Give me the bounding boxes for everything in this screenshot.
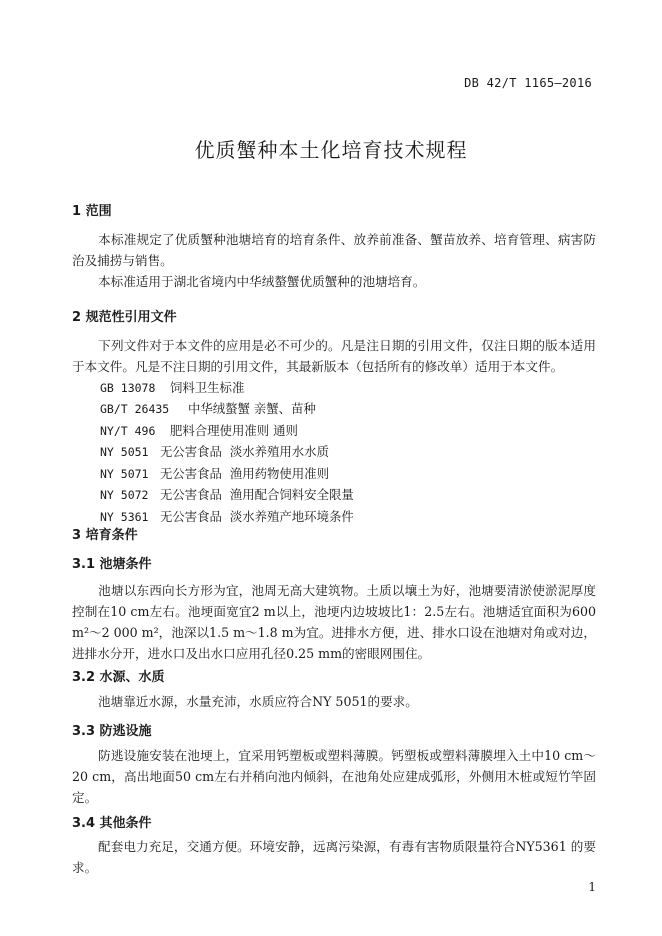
other-conditions-text: 配套电力充足，交通方便。环境安静，远离污染源，有毒有害物质限量符合NY5361 … [72,839,596,875]
subsection-heading-other-conditions: 3.4 其他条件 [72,812,152,831]
reference-item: NY/T 496肥料合理使用准则 通则 [100,420,298,443]
section-heading-cultivation-conditions: 3 培育条件 [72,524,138,543]
reference-name: 无公害食品 渔用配合饲料安全限量 [160,487,354,502]
section-heading-scope: 1 范围 [72,200,112,219]
reference-code: NY/T 496 [100,421,170,443]
reference-item: GB/T 26435中华绒螯蟹 亲蟹、苗种 [100,398,316,421]
pond-conditions-text: 池塘以东西向长方形为宜，池周无高大建筑物。土质以壤土为好，池塘要清淤使淤泥厚度控… [72,583,596,661]
reference-code: GB/T 26435 [100,399,188,421]
page-number: 1 [588,880,596,894]
subsection-heading-pond-conditions: 3.1 池塘条件 [72,553,152,572]
reference-name: 饲料卫生标准 [170,380,244,395]
references-intro-paragraph: 下列文件对于本文件的应用是必不可少的。凡是注日期的引用文件，仅注日期的版本适用于… [72,335,596,377]
reference-code: GB 13078 [100,378,170,400]
reference-name: 中华绒螯蟹 亲蟹、苗种 [188,401,316,416]
reference-item: NY 5361无公害食品 淡水养殖产地环境条件 [100,506,354,529]
scope-paragraph-1-text: 本标准规定了优质蟹种池塘培育的培育条件、放养前准备、蟹苗放养、培育管理、病害防治… [72,232,596,268]
reference-code: NY 5071 [100,464,160,486]
reference-name: 无公害食品 渔用药物使用准则 [160,466,329,481]
reference-item: NY 5051无公害食品 淡水养殖用水水质 [100,441,329,464]
references-intro-text: 下列文件对于本文件的应用是必不可少的。凡是注日期的引用文件，仅注日期的版本适用于… [72,338,596,374]
scope-paragraph-1: 本标准规定了优质蟹种池塘培育的培育条件、放养前准备、蟹苗放养、培育管理、病害防治… [72,229,596,271]
section-heading-normative-references: 2 规范性引用文件 [72,306,177,325]
water-source-paragraph: 池塘靠近水源，水量充沛，水质应符合NY 5051的要求。 [72,691,596,712]
escape-prevention-text: 防逃设施安装在池埂上，宜采用钙塑板或塑料薄膜。钙塑板或塑料薄膜埋入土中10 cm… [72,748,596,805]
reference-item: NY 5072无公害食品 渔用配合饲料安全限量 [100,484,354,507]
pond-conditions-paragraph: 池塘以东西向长方形为宜，池周无高大建筑物。土质以壤土为好，池塘要清淤使淤泥厚度控… [72,580,596,664]
reference-name: 无公害食品 淡水养殖用水水质 [160,444,329,459]
reference-item: NY 5071无公害食品 渔用药物使用准则 [100,463,329,486]
reference-code: NY 5051 [100,442,160,464]
scope-paragraph-2-text: 本标准适用于湖北省境内中华绒螯蟹优质蟹种的池塘培育。 [98,274,425,289]
standard-number: DB 42/T 1165—2016 [464,76,592,90]
subsection-heading-water-source: 3.2 水源、水质 [72,666,165,685]
water-source-text: 池塘靠近水源，水量充沛，水质应符合NY 5051的要求。 [98,694,418,709]
scope-paragraph-2: 本标准适用于湖北省境内中华绒螯蟹优质蟹种的池塘培育。 [72,271,596,292]
reference-code: NY 5072 [100,485,160,507]
reference-name: 肥料合理使用准则 通则 [170,423,298,438]
subsection-heading-escape-prevention: 3.3 防逃设施 [72,720,152,739]
document-title: 优质蟹种本土化培育技术规程 [0,134,662,163]
escape-prevention-paragraph: 防逃设施安装在池埂上，宜采用钙塑板或塑料薄膜。钙塑板或塑料薄膜埋入土中10 cm… [72,745,596,808]
reference-name: 无公害食品 淡水养殖产地环境条件 [160,509,354,524]
reference-item: GB 13078饲料卫生标准 [100,377,244,400]
other-conditions-paragraph: 配套电力充足，交通方便。环境安静，远离污染源，有毒有害物质限量符合NY5361 … [72,836,596,878]
